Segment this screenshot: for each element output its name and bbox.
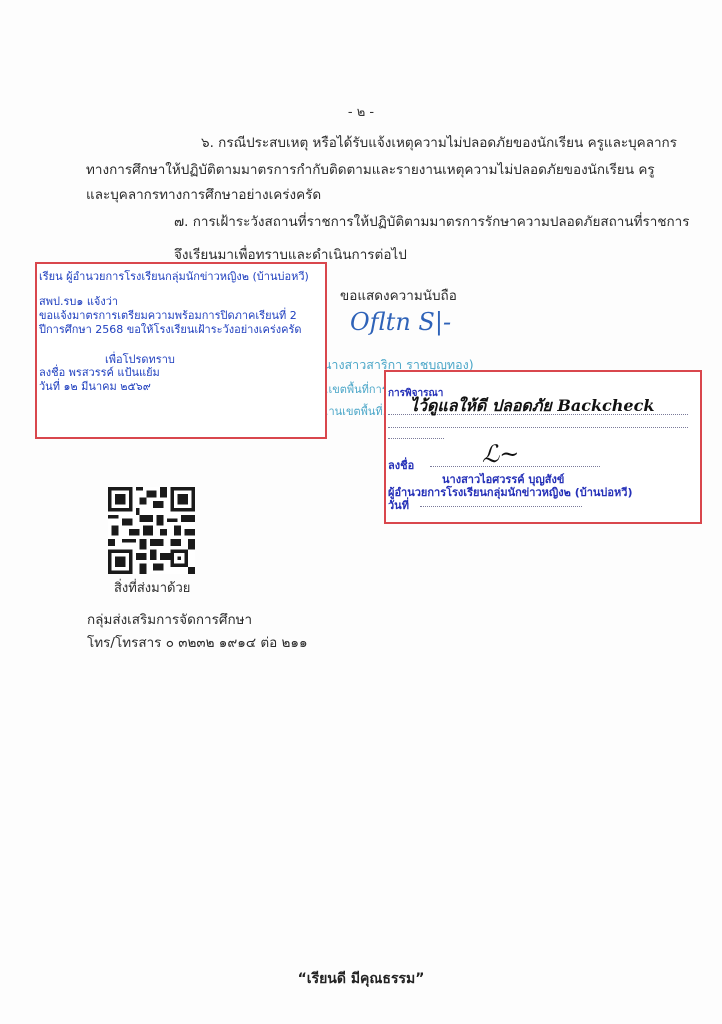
paragraph-6-line1: ๖. กรณีประสบเหตุ หรือได้รับแจ้งเหตุความไ… xyxy=(201,131,677,153)
sign-dotted-line xyxy=(430,466,600,467)
dotted-line-3 xyxy=(388,438,444,439)
date-dotted-line xyxy=(420,506,582,507)
paragraph-6-line2: ทางการศึกษาให้ปฏิบัติตามมาตรการกำกับติดต… xyxy=(86,158,655,180)
paragraph-7: ๗. การเฝ้าระวังสถานที่ราชการให้ปฏิบัติตา… xyxy=(174,210,690,232)
signer-title-line2: ...านเขตพื้นที่... xyxy=(318,402,393,420)
memo-right-date-label: วันที่ xyxy=(388,496,409,514)
paragraph-6-line3: และบุคลากรทางการศึกษาอย่างเคร่งครัด xyxy=(86,183,321,205)
phone-number: โทร/โทรสาร ๐ ๓๒๓๒ ๑๙๑๔ ต่อ ๒๑๑ xyxy=(87,631,308,653)
memo-right-box: การพิจารณา ไว้ดูแลให้ดี ปลอดภัย Backchec… xyxy=(384,370,702,524)
memo-right-sign-label: ลงชื่อ xyxy=(388,456,414,474)
signature: Ofltn S|- xyxy=(350,308,451,336)
school-motto: “เรียนดี มีคุณธรรม” xyxy=(0,968,722,990)
memo-left-recipient: เรียน ผู้อำนวยการโรงเรียนกลุ่มนักข่าวหญิ… xyxy=(39,267,309,285)
memo-right-position: ผู้อำนวยการโรงเรียนกลุ่มนักข่าวหญิง๒ (บ้… xyxy=(388,483,632,501)
department-name: กลุ่มส่งเสริมการจัดการศึกษา xyxy=(87,608,252,630)
memo-left-date: วันที่ ๑๒ มีนาคม ๒๕๖๙ xyxy=(39,377,151,395)
memo-left-line3: ปีการศึกษา 2568 ขอให้โรงเรียนเฝ้าระวังอย… xyxy=(39,320,302,338)
qr-code-icon[interactable] xyxy=(108,487,195,574)
closing-salutation: ขอแสดงความนับถือ xyxy=(340,284,457,306)
page-number: - ๒ - xyxy=(0,101,722,122)
director-signature: ℒ~ xyxy=(482,440,519,468)
memo-left-box: เรียน ผู้อำนวยการโรงเรียนกลุ่มนักข่าวหญิ… xyxy=(35,262,327,439)
enclosure-label: สิ่งที่ส่งมาด้วย xyxy=(114,577,190,598)
handwritten-note: ไว้ดูแลให้ดี ปลอดภัย Backcheck xyxy=(410,394,654,419)
dotted-line-2 xyxy=(388,427,688,428)
